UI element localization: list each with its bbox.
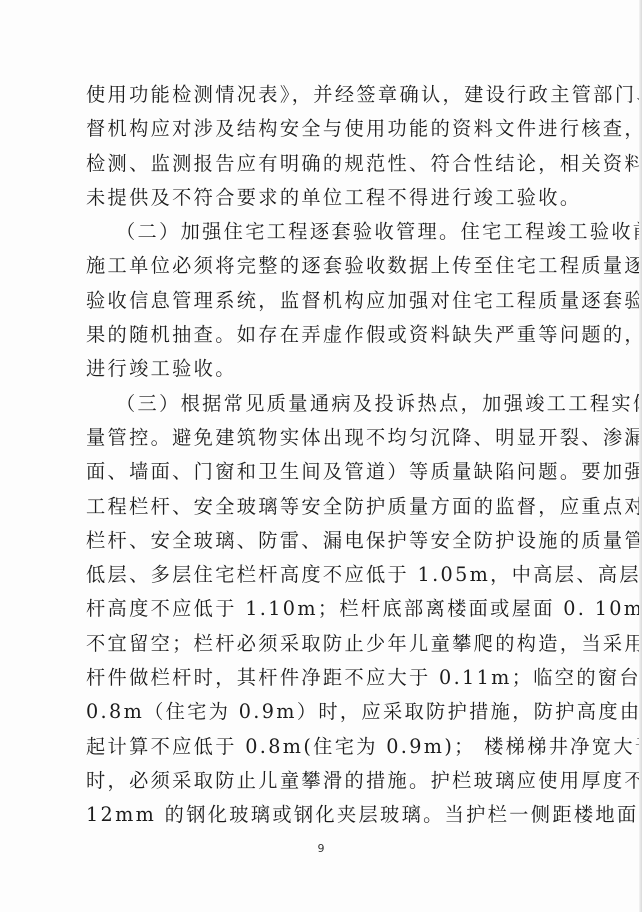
line-text: 进行竣工验收。 — [86, 355, 564, 389]
text-line: 0.8m（住宅为 0.9m）时，应采取防护措施，防护高度由楼地面 — [86, 698, 564, 732]
page-number: 9 — [0, 842, 642, 855]
text-line: 果的随机抽查。如存在弄虚作假或资料缺失严重等问题的，不得 — [86, 321, 564, 355]
text-line: 使用功能检测情况表》，并经签章确认，建设行政主管部门、监 — [86, 81, 564, 115]
text-line: 低层、多层住宅栏杆高度不应低于 1.05m，中高层、高层住宅栏 — [86, 561, 564, 595]
section-heading-line: （三）根据常见质量通病及投诉热点，加强竣工工程实体质 — [86, 390, 564, 424]
text-line: 时，必须采取防止儿童攀滑的措施。护栏玻璃应使用厚度不小于 — [86, 767, 564, 801]
text-line: 进行竣工验收。 — [86, 355, 564, 389]
line-text: （三）根据常见质量通病及投诉热点，加强竣工工程实体质 — [86, 390, 564, 424]
document-body: 使用功能检测情况表》，并经签章确认，建设行政主管部门、监 督机构应对涉及结构安全… — [86, 81, 564, 836]
line-text: 工程栏杆、安全玻璃等安全防护质量方面的监督，应重点对工程 — [86, 493, 564, 527]
line-text: 不宜留空；栏杆必须采取防止少年儿童攀爬的构造，当采用垂直 — [86, 630, 564, 664]
line-text: 未提供及不符合要求的单位工程不得进行竣工验收。 — [86, 184, 564, 218]
text-line: 验收信息管理系统，监督机构应加强对住宅工程质量逐套验收结 — [86, 287, 564, 321]
section-heading-line: （二）加强住宅工程逐套验收管理。住宅工程竣工验收前， — [86, 218, 564, 252]
line-text: 验收信息管理系统，监督机构应加强对住宅工程质量逐套验收结 — [86, 287, 564, 321]
line-text: （二）加强住宅工程逐套验收管理。住宅工程竣工验收前， — [86, 218, 564, 252]
line-text: 果的随机抽查。如存在弄虚作假或资料缺失严重等问题的，不得 — [86, 321, 564, 355]
line-text: 杆高度不应低于 1.10m；栏杆底部离楼面或屋面 0. 10m 高度内 — [86, 595, 564, 629]
line-text: 施工单位必须将完整的逐套验收数据上传至住宅工程质量逐套 — [86, 252, 564, 286]
line-text: 量管控。避免建筑物实体出现不均匀沉降、明显开裂、渗漏（屋 — [86, 424, 564, 458]
line-text: 检测、监测报告应有明确的规范性、符合性结论，相关资料文件 — [86, 150, 564, 184]
text-line: 杆高度不应低于 1.10m；栏杆底部离楼面或屋面 0. 10m 高度内 — [86, 595, 564, 629]
line-text: 时，必须采取防止儿童攀滑的措施。护栏玻璃应使用厚度不小于 — [86, 767, 564, 801]
line-text: 12mm 的钢化玻璃或钢化夹层玻璃。当护栏一侧距楼地面高度为 — [86, 801, 564, 835]
line-text: 栏杆、安全玻璃、防雷、漏电保护等安全防护设施的质量管控。 — [86, 527, 564, 561]
text-line: 起计算不应低于 0.8m(住宅为 0.9m)； 楼梯梯井净宽大于 0.11m — [86, 733, 564, 767]
line-text: 0.8m（住宅为 0.9m）时，应采取防护措施，防护高度由楼地面 — [86, 698, 564, 732]
text-line: 面、墙面、门窗和卫生间及管道）等质量缺陷问题。要加强竣工 — [86, 458, 564, 492]
text-line: 杆件做栏杆时，其杆件净距不应大于 0.11m；临空的窗台低于 — [86, 664, 564, 698]
line-text: 杆件做栏杆时，其杆件净距不应大于 0.11m；临空的窗台低于 — [86, 664, 564, 698]
text-line: 不宜留空；栏杆必须采取防止少年儿童攀爬的构造，当采用垂直 — [86, 630, 564, 664]
text-line: 工程栏杆、安全玻璃等安全防护质量方面的监督，应重点对工程 — [86, 493, 564, 527]
line-text: 低层、多层住宅栏杆高度不应低于 1.05m，中高层、高层住宅栏 — [86, 561, 564, 595]
text-line: 未提供及不符合要求的单位工程不得进行竣工验收。 — [86, 184, 564, 218]
text-line: 检测、监测报告应有明确的规范性、符合性结论，相关资料文件 — [86, 150, 564, 184]
text-line: 栏杆、安全玻璃、防雷、漏电保护等安全防护设施的质量管控。 — [86, 527, 564, 561]
line-text: 面、墙面、门窗和卫生间及管道）等质量缺陷问题。要加强竣工 — [86, 458, 564, 492]
text-line: 施工单位必须将完整的逐套验收数据上传至住宅工程质量逐套 — [86, 252, 564, 286]
text-line: 12mm 的钢化玻璃或钢化夹层玻璃。当护栏一侧距楼地面高度为 — [86, 801, 564, 835]
document-page: 使用功能检测情况表》，并经签章确认，建设行政主管部门、监 督机构应对涉及结构安全… — [0, 0, 642, 912]
text-line: 督机构应对涉及结构安全与使用功能的资料文件进行核查，相关 — [86, 115, 564, 149]
line-text: 起计算不应低于 0.8m(住宅为 0.9m)； 楼梯梯井净宽大于 0.11m — [86, 733, 564, 767]
line-text: 使用功能检测情况表》，并经签章确认，建设行政主管部门、监 — [86, 81, 564, 115]
line-text: 督机构应对涉及结构安全与使用功能的资料文件进行核查，相关 — [86, 115, 564, 149]
text-line: 量管控。避免建筑物实体出现不均匀沉降、明显开裂、渗漏（屋 — [86, 424, 564, 458]
